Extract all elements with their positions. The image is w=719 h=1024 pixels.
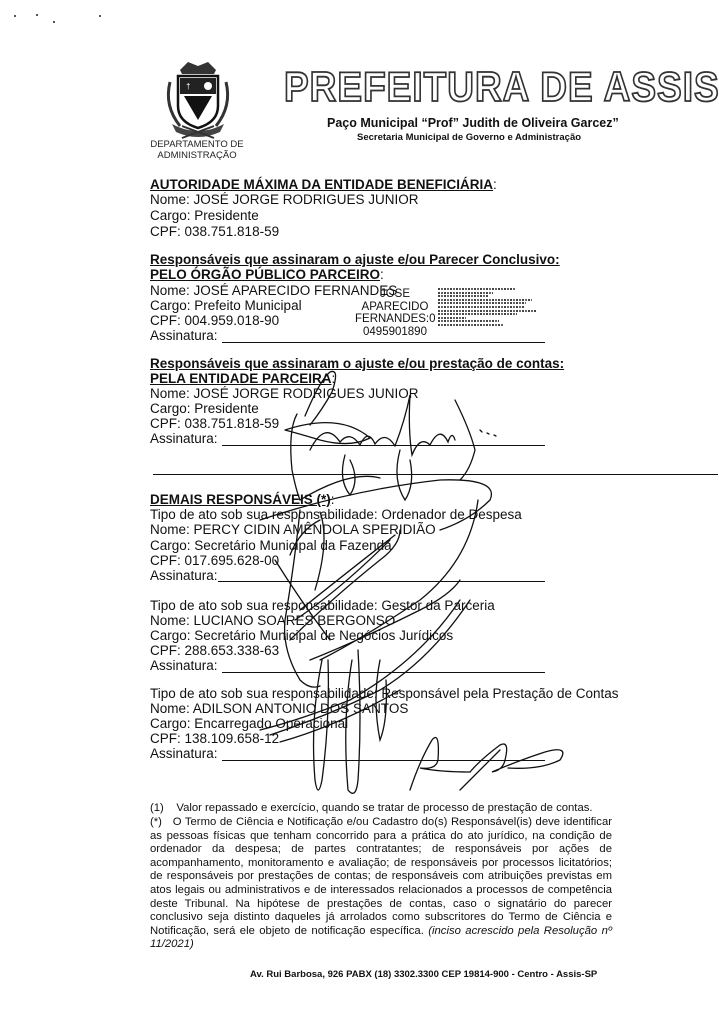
svg-text:†: † xyxy=(186,82,190,91)
signature-line xyxy=(222,445,545,446)
cpf-field: CPF: 038.751.818-59 xyxy=(150,416,279,432)
scan-speck xyxy=(36,14,38,16)
section-divider xyxy=(153,474,718,475)
section-heading: Responsáveis que assinaram o ajuste e/ou… xyxy=(150,252,560,268)
municipal-coat-of-arms-icon: † xyxy=(158,56,238,144)
nome-field: Nome: ADILSON ANTONIO DOS SANTOS xyxy=(150,701,408,717)
nome-field: Nome: JOSÉ JORGE RODRIGUES JUNIOR xyxy=(150,386,419,402)
cargo-field: Cargo: Secretário Municipal de Negócios … xyxy=(150,628,453,644)
digital-signature-details xyxy=(438,288,548,328)
digital-signature-line: FERNANDES:0 xyxy=(355,313,435,326)
colon: : xyxy=(331,492,335,507)
city-hall-title: PREFEITURA DE ASSIS xyxy=(284,64,719,111)
colon: : xyxy=(493,177,497,192)
colon: : xyxy=(332,371,336,386)
department-line: DEPARTAMENTO DE xyxy=(142,139,252,150)
nome-field: Nome: JOSÉ JORGE RODRIGUES JUNIOR xyxy=(150,192,419,208)
assinatura-label: Assinatura: xyxy=(150,431,218,447)
assinatura-label: Assinatura: xyxy=(150,328,218,344)
footnote-1: (1) Valor repassado e exercício, quando … xyxy=(150,802,612,816)
cpf-field: CPF: 288.653.338-63 xyxy=(150,643,279,659)
signature-line xyxy=(222,672,545,673)
digital-signature-line: JOSE xyxy=(355,288,435,301)
scan-speck xyxy=(14,15,16,17)
nome-field: Nome: PERCY CIDIN AMÊNDOLA SPERIDIÃO xyxy=(150,522,436,538)
building-name: Paço Municipal “Prof” Judith de Oliveira… xyxy=(327,116,619,130)
footnote-text: Valor repassado e exercício, quando se t… xyxy=(176,802,592,814)
assinatura-label: Assinatura: xyxy=(150,746,218,762)
scan-speck xyxy=(99,15,101,17)
section-subheading: PELO ÓRGÃO PÚBLICO PARCEIRO xyxy=(150,267,380,282)
footnote-text: O Termo de Ciência e Notificação e/ou Ca… xyxy=(150,816,612,937)
section-heading: Responsáveis que assinaram o ajuste e/ou… xyxy=(150,356,564,372)
assinatura-label: Assinatura: xyxy=(150,568,218,584)
section-heading: DEMAIS RESPONSÁVEIS (*) xyxy=(150,492,331,507)
signature-line xyxy=(218,581,545,582)
footnote-2: (*) O Termo de Ciência e Notificação e/o… xyxy=(150,816,612,952)
nome-field: Nome: LUCIANO SOARES BERGONSO xyxy=(150,613,395,629)
tipo-ato-field: Tipo de ato sob sua responsabilidade: Ge… xyxy=(150,598,495,614)
signature-line xyxy=(222,760,545,761)
address-footer: Av. Rui Barbosa, 926 PABX (18) 3302.3300… xyxy=(250,969,597,980)
cpf-field: CPF: 138.109.658-12 xyxy=(150,731,279,747)
department-label: DEPARTAMENTO DE ADMINISTRAÇÃO xyxy=(142,139,252,161)
cpf-field: CPF: 004.959.018-90 xyxy=(150,313,279,329)
colon: : xyxy=(380,267,384,282)
digital-signature-line: APARECIDO xyxy=(355,301,435,314)
cargo-field: Cargo: Encarregado Operacional xyxy=(150,716,348,732)
signature-line xyxy=(222,342,545,343)
footnote-marker: (*) xyxy=(150,816,162,828)
section-subheading: PELA ENTIDADE PARCEIRA xyxy=(150,371,332,386)
cargo-field: Cargo: Presidente xyxy=(150,208,259,224)
cpf-field: CPF: 038.751.818-59 xyxy=(150,224,279,240)
secretariat-name: Secretaria Municipal de Governo e Admini… xyxy=(357,132,581,143)
cargo-field: Cargo: Presidente xyxy=(150,401,259,417)
cargo-field: Cargo: Secretário Municipal da Fazenda xyxy=(150,538,392,554)
scan-speck xyxy=(53,21,55,23)
digital-signature-line: 0495901890 xyxy=(355,326,435,339)
tipo-ato-field: Tipo de ato sob sua responsabilidade: Re… xyxy=(150,686,619,702)
section-heading: AUTORIDADE MÁXIMA DA ENTIDADE BENEFICIÁR… xyxy=(150,177,493,192)
digital-signature-stamp: JOSE APARECIDO FERNANDES:0 0495901890 xyxy=(355,288,435,338)
department-line: ADMINISTRAÇÃO xyxy=(142,150,252,161)
signature-stroke xyxy=(291,414,300,500)
cpf-field: CPF: 017.695.628-00 xyxy=(150,553,279,569)
cargo-field: Cargo: Prefeito Municipal xyxy=(150,298,302,314)
tipo-ato-field: Tipo de ato sob sua responsabilidade: Or… xyxy=(150,507,522,523)
footnote-marker: (1) xyxy=(150,802,164,814)
assinatura-label: Assinatura: xyxy=(150,658,218,674)
